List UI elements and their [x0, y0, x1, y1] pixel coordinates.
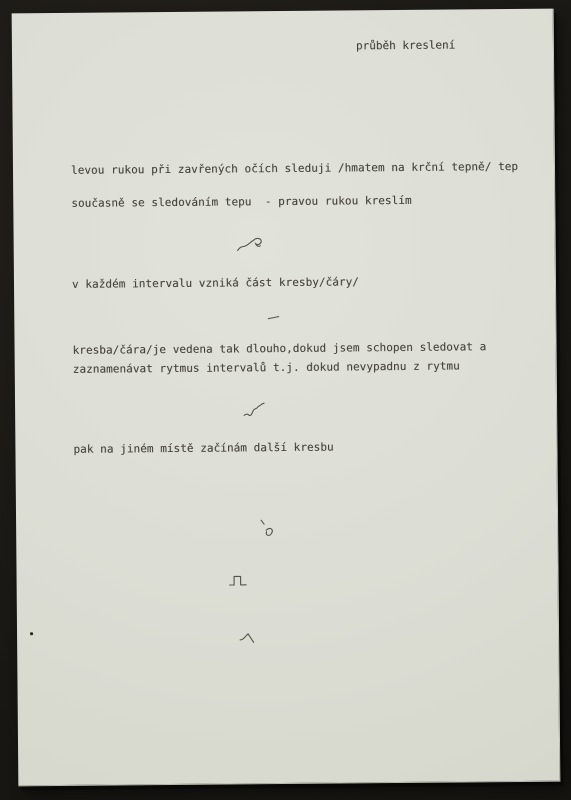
wavy-scribble-mark-icon — [236, 235, 268, 255]
typewritten-line-3: v každém intervalu vzniká část kresby/čá… — [72, 275, 359, 292]
typewritten-line-2: současně se sledováním tepu - pravou ruk… — [71, 194, 411, 211]
square-pulse-mark-icon — [229, 573, 249, 587]
typewritten-page: průběh kreslení levou rukou při zavřenýc… — [12, 9, 561, 787]
typewritten-line-1: levou rukou při zavřených očích sleduji … — [71, 160, 518, 178]
scan-background: průběh kreslení levou rukou při zavřenýc… — [0, 0, 571, 800]
page-title: průběh kreslení — [356, 39, 455, 54]
tick-and-loop-mark-icon — [257, 517, 274, 539]
typewritten-line-4: kresba/čára/je vedena tak dlouho,dokud j… — [73, 340, 487, 358]
typewritten-line-5: zaznamenávat rytmus intervalů t.j. dokud… — [73, 359, 460, 376]
ink-dot-mark-icon — [30, 632, 33, 635]
rising-zigzag-mark-icon — [243, 401, 267, 418]
typewritten-line-6: pak na jiném místě začínám další kresbu — [73, 441, 333, 457]
small-peak-mark-icon — [239, 631, 256, 645]
short-dash-mark-icon — [267, 315, 280, 320]
